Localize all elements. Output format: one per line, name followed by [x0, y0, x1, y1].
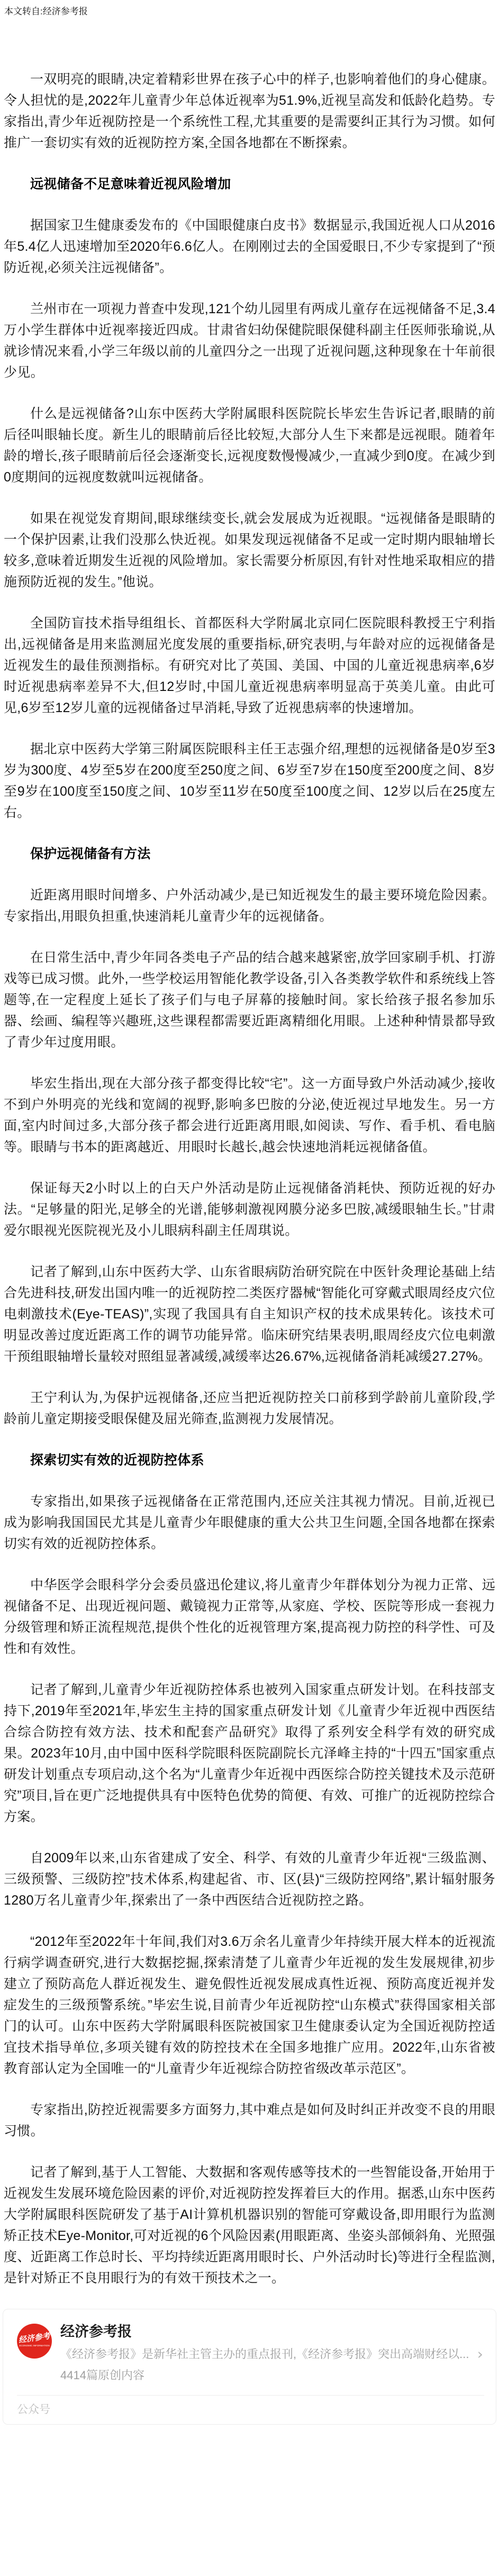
- article-paragraph: 保证每天2小时以上的白天户外活动是防止远视储备消耗快、预防近视的好办法。“足够量…: [4, 1178, 495, 1241]
- article-paragraph: 近距离用眼时间增多、户外活动减少,是已知近视发生的最主要环境危险因素。专家指出,…: [4, 885, 495, 927]
- article-paragraph: 中华医学会眼科学分会委员盛迅伦建议,将儿童青少年群体划分为视力正常、远视储备不足…: [4, 1574, 495, 1659]
- article-paragraph: 什么是远视储备?山东中医药大学附属眼科医院院长毕宏生告诉记者,眼睛的前后径叫眼轴…: [4, 403, 495, 488]
- publisher-description-row: 《经济参考报》是新华社主管主办的重点报刊,《经济参考报》突出高端财经以... ›: [60, 2347, 484, 2361]
- chevron-right-icon[interactable]: ›: [477, 2347, 483, 2361]
- article-page: 本文转自:经济参考报 一双明亮的眼睛,决定着精彩世界在孩子心中的样子,也影响着他…: [0, 0, 499, 2576]
- original-content-count: 4414篇原创内容: [60, 2369, 484, 2382]
- source-note: 本文转自:经济参考报: [0, 0, 499, 18]
- article-body: 一双明亮的眼睛,决定着精彩世界在孩子心中的样子,也影响着他们的身心健康。令人担忧…: [0, 69, 499, 2289]
- article-paragraph: 记者了解到,山东中医药大学、山东省眼病防治研究院在中医针灸理论基础上结合先进科技…: [4, 1261, 495, 1367]
- section-heading: 保护远视储备有方法: [4, 843, 495, 864]
- section-heading: 远视储备不足意味着近视风险增加: [4, 174, 495, 195]
- article-paragraph: 兰州市在一项视力普查中发现,121个幼儿园里有两成儿童存在远视储备不足,3.4万…: [4, 298, 495, 383]
- account-type-label: 公众号: [17, 2396, 484, 2424]
- publisher-description: 《经济参考报》是新华社主管主办的重点报刊,《经济参考报》突出高端财经以...: [60, 2347, 469, 2361]
- article-paragraph: 自2009年以来,山东省建成了安全、科学、有效的儿童青少年近视“三级监测、三级预…: [4, 1847, 495, 1911]
- section-heading: 探索切实有效的近视防控体系: [4, 1450, 495, 1471]
- publisher-card-main: 经济参考 ECONOMIC INFORMATION 经济参考报 《经济参考报》是…: [17, 2324, 484, 2382]
- publisher-logo-subtext: ECONOMIC INFORMATION: [19, 2345, 49, 2347]
- article-paragraph: 毕宏生指出,现在大部分孩子都变得比较“宅”。这一方面导致户外活动减少,接收不到户…: [4, 1073, 495, 1158]
- publisher-name: 经济参考报: [60, 2324, 484, 2340]
- article-paragraph: 专家指出,如果孩子远视储备在正常范围内,还应关注其视力情况。目前,近视已成为影响…: [4, 1491, 495, 1554]
- publisher-card[interactable]: 经济参考 ECONOMIC INFORMATION 经济参考报 《经济参考报》是…: [3, 2309, 496, 2425]
- article-paragraph: 记者了解到,儿童青少年近视防控体系也被列入国家重点研发计划。在科技部支持下,20…: [4, 1679, 495, 1827]
- article-paragraph: 全国防盲技术指导组组长、首都医科大学附属北京同仁医院眼科教授王宁利指出,远视储备…: [4, 613, 495, 718]
- publisher-logo-text: 经济参考: [18, 2333, 51, 2345]
- article-paragraph: 如果在视觉发育期间,眼球继续变长,就会发展成为近视眼。“远视储备是眼睛的一个保护…: [4, 508, 495, 593]
- article-paragraph: 王宁利认为,为保护远视储备,还应当把近视防控关口前移到学龄前儿童阶段,学龄前儿童…: [4, 1387, 495, 1430]
- article-paragraph: 专家指出,防控近视需要多方面努力,其中难点是如何及时纠正并改变不良的用眼习惯。: [4, 2099, 495, 2142]
- article-paragraph: 记者了解到,基于人工智能、大数据和客观传感等技术的一些智能设备,开始用于近视发生…: [4, 2162, 495, 2289]
- article-paragraph: “2012年至2022年十年间,我们对3.6万余名儿童青少年持续开展大样本的近视…: [4, 1931, 495, 2079]
- publisher-info: 经济参考报 《经济参考报》是新华社主管主办的重点报刊,《经济参考报》突出高端财经…: [60, 2324, 484, 2382]
- article-paragraph: 一双明亮的眼睛,决定着精彩世界在孩子心中的样子,也影响着他们的身心健康。令人担忧…: [4, 69, 495, 153]
- article-paragraph: 据国家卫生健康委发布的《中国眼健康白皮书》数据显示,我国近视人口从2016年5.…: [4, 215, 495, 278]
- article-paragraph: 据北京中医药大学第三附属医院眼科主任王志强介绍,理想的远视储备是0岁至3岁为30…: [4, 739, 495, 823]
- article-paragraph: 在日常生活中,青少年同各类电子产品的结合越来越紧密,放学回家刷手机、打游戏等已成…: [4, 947, 495, 1053]
- publisher-logo-icon: 经济参考 ECONOMIC INFORMATION: [17, 2324, 52, 2359]
